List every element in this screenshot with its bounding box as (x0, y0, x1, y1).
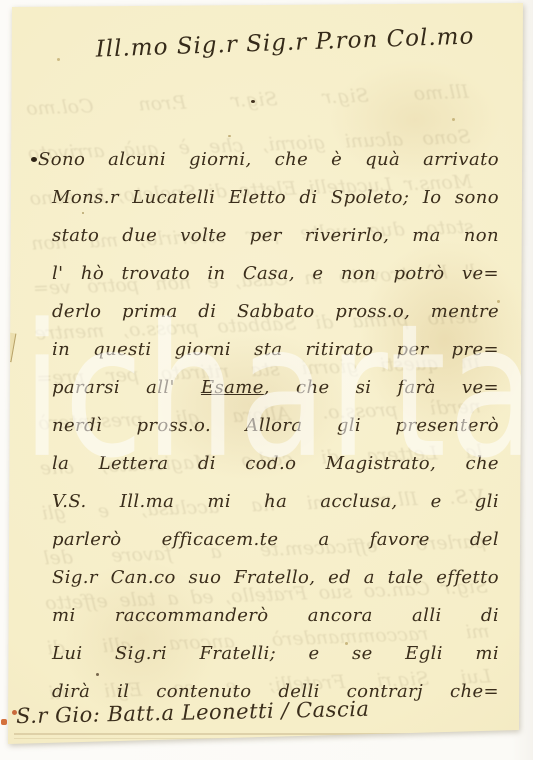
body-line-part: pararsi all' (52, 377, 201, 398)
underlined-word: Esame (201, 377, 264, 398)
body-line: V.S. Ill.ma mi ha acclusa, e gli (52, 483, 499, 521)
paper-speck (345, 642, 348, 645)
body-line: pararsi all' Esame, che si farà ve= (52, 369, 499, 407)
body-line-part: , che si farà ve= (264, 377, 499, 398)
letter-paper: Ill.mo Sig.r Sig.r P.ron Col.mo Sono alc… (0, 0, 533, 760)
salutation-line: Ill.mo Sig.r Sig.r P.ron Col.mo (90, 23, 481, 63)
letter-body: Sono alcuni giorni, che è quà arrivato M… (52, 141, 499, 711)
ink-spot (251, 100, 255, 103)
paper-crease (14, 733, 515, 735)
bleed-line: Ill.mo Sig.r Sig.r P.ron Col.mo (25, 70, 469, 132)
paper-speck (452, 118, 455, 121)
paper-crease (14, 738, 413, 739)
body-line: in questi giorni sta ritirato per pre= (52, 331, 499, 369)
ink-spot (96, 673, 99, 676)
body-line: la Lettera di cod.o Magistrato, che (52, 445, 499, 483)
body-line: Mons.r Lucatelli Eletto di Spoleto; Io s… (52, 179, 499, 217)
paper-speck (228, 135, 231, 137)
red-mark (12, 710, 17, 715)
body-line: nerdì pross.o. Allora gli presenterò (52, 407, 499, 445)
body-line: Sono alcuni giorni, che è quà arrivato (38, 141, 499, 179)
paper-shadow-wrap: Ill.mo Sig.r Sig.r P.ron Col.mo Sono alc… (0, 0, 533, 760)
paper-speck (57, 58, 60, 61)
paper-speck (497, 300, 500, 303)
scanned-letter: Ill.mo Sig.r Sig.r P.ron Col.mo Sono alc… (0, 0, 533, 760)
paper-tear (0, 331, 16, 363)
ink-spot (31, 157, 37, 162)
red-mark (1, 719, 7, 725)
body-line: parlerò efficacem.te a favore del (52, 521, 499, 559)
body-line: mi raccommanderò ancora alli di (52, 597, 499, 635)
body-line: Sig.r Can.co suo Fratello, ed a tale eff… (52, 559, 499, 597)
body-line: derlo prima di Sabbato pross.o, mentre (52, 293, 499, 331)
body-line: stato due volte per riverirlo, ma non (52, 217, 499, 255)
body-line: l' hò trovato in Casa, e non potrò ve= (52, 255, 499, 293)
body-line: Lui Sig.ri Fratelli; e se Egli mi (52, 635, 499, 673)
paper-speck (82, 212, 84, 214)
